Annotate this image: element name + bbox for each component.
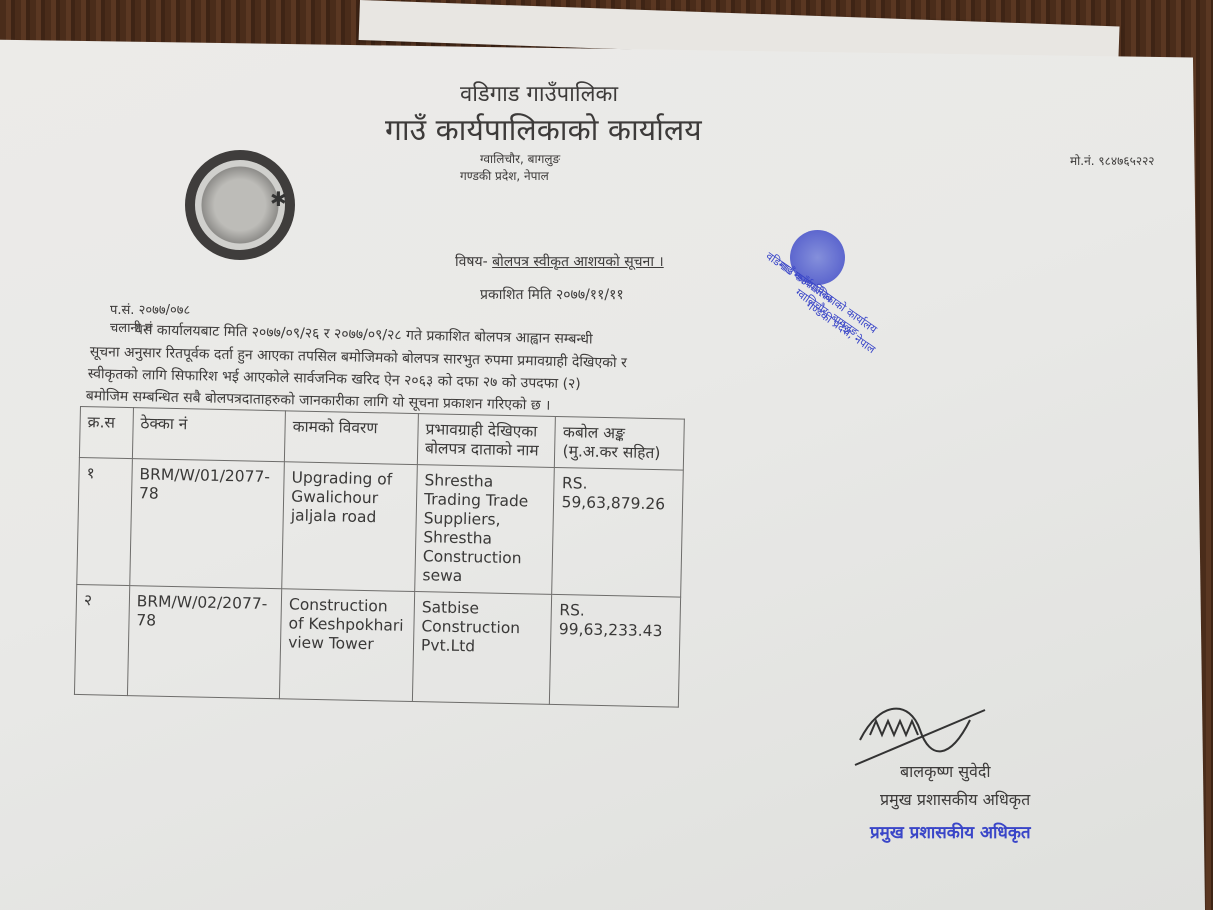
cell-contract-no: BRM/W/01/2077-78 xyxy=(130,459,285,589)
published-date: प्रकाशित मिति २०७७/११/११ xyxy=(480,285,624,304)
office-line-2: गाउँ कार्यपालिकाको कार्यालय xyxy=(385,108,702,149)
table-row: २ BRM/W/02/2077-78 Construction of Keshp… xyxy=(74,584,680,707)
cell-work-description: Upgrading of Gwalichour jaljala road xyxy=(282,462,418,592)
address-line-1: ग्वालिचौर, बागलुङ xyxy=(480,150,560,167)
phone-number: मो.नं. ९८४७६५२२२ xyxy=(1070,152,1155,169)
designation-stamp: प्रमुख प्रशासकीय अधिकृत xyxy=(870,820,1031,843)
cell-contract-no: BRM/W/02/2077-78 xyxy=(127,586,282,699)
signatory-designation: प्रमुख प्रशासकीय अधिकृत xyxy=(880,788,1030,810)
header-work-description: कामको विवरण xyxy=(284,411,418,465)
subject-title: बोलपत्र स्वीकृत आशयको सूचना । xyxy=(492,254,664,270)
header-bidder-name: प्रभावग्राही देखिएका बोलपत्र दाताको नाम xyxy=(417,414,556,468)
subject-label: विषय- xyxy=(455,254,488,270)
cell-bid-amount: RS. 59,63,879.26 xyxy=(552,467,683,597)
cell-serial: १ xyxy=(77,457,132,585)
cell-work-description: Construction of Keshpokhari view Tower xyxy=(280,589,415,702)
cell-bid-amount: RS. 99,63,233.43 xyxy=(550,594,681,707)
cell-bidder-name: Satbise Construction Pvt.Ltd xyxy=(412,592,552,705)
cell-bidder-name: Shrestha Trading Trade Suppliers, Shrest… xyxy=(415,465,555,595)
signatory-name: बालकृष्ण सुवेदी xyxy=(900,760,991,782)
emblem-crest-icon: ✱ xyxy=(270,187,287,211)
address-line-2: गण्डकी प्रदेश, नेपाल xyxy=(460,167,549,184)
header-serial: क्र.स xyxy=(79,407,133,459)
table-row: १ BRM/W/01/2077-78 Upgrading of Gwalicho… xyxy=(77,457,684,597)
fiscal-year: प.सं. २०७७/०७८ xyxy=(110,300,190,318)
subject-line: विषय- बोलपत्र स्वीकृत आशयको सूचना । xyxy=(455,252,664,271)
cell-serial: २ xyxy=(74,584,129,695)
office-line-1: वडिगाड गाउँपालिका xyxy=(460,78,618,108)
accepted-bids-table: क्र.स ठेक्का नं कामको विवरण प्रभावग्राही… xyxy=(74,406,685,708)
header-contract-no: ठेक्का नं xyxy=(132,408,285,462)
header-bid-amount: कबोल अङ्क (मु.अ.कर सहित) xyxy=(555,416,685,470)
